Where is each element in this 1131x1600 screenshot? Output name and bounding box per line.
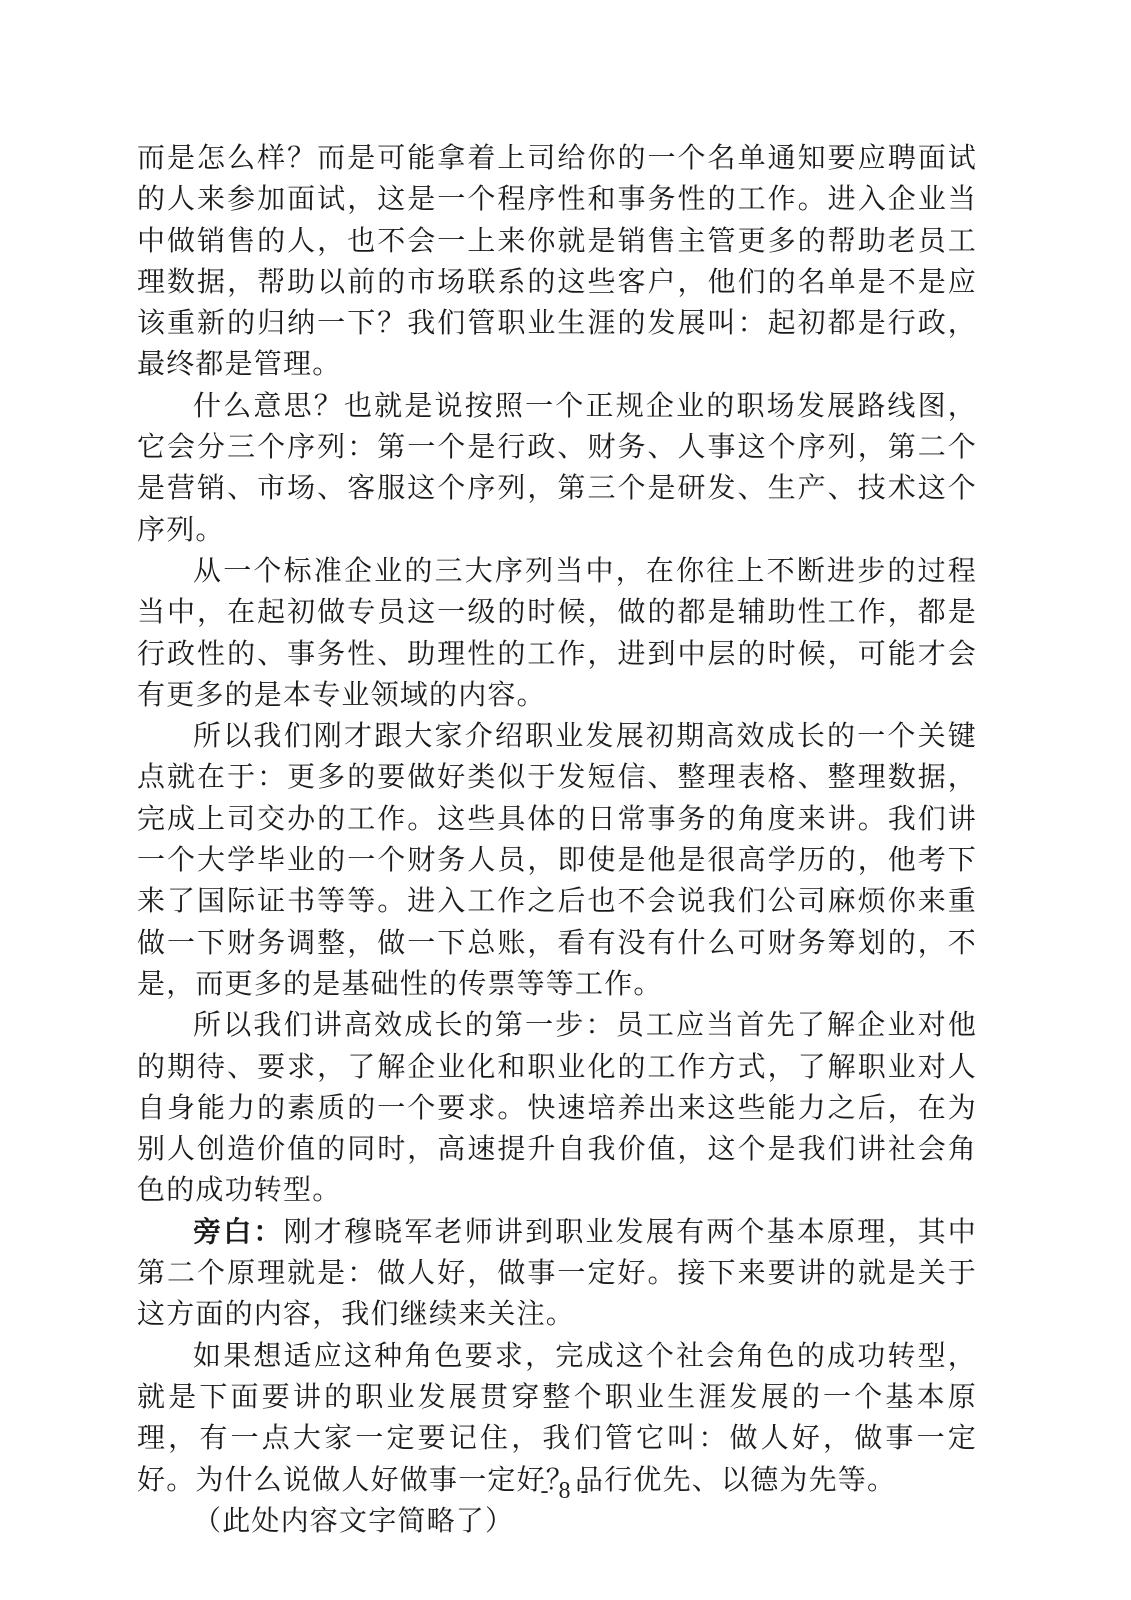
speaker-label: 旁白： [193, 1215, 284, 1248]
paragraph-7: 如果想适应这种角色要求，完成这个社会角色的成功转型，就是下面要讲的职业发展贯穿整… [137, 1335, 977, 1500]
paragraph-4: 所以我们刚才跟大家介绍职业发展初期高效成长的一个关键点就在于：更多的要做好类似于… [137, 715, 977, 1004]
paragraph-5: 所以我们讲高效成长的第一步：员工应当首先了解企业对他的期待、要求，了解企业化和职… [137, 1004, 977, 1210]
paragraph-2: 什么意思？也就是说按照一个正规企业的职场发展路线图，它会分三个序列：第一个是行政… [137, 385, 977, 550]
page-body: 而是怎么样？而是可能拿着上司给你的一个名单通知要应聘面试的人来参加面试，这是一个… [137, 137, 977, 1541]
paragraph-8-omitted-note: （此处内容文字简略了） [137, 1500, 977, 1541]
paragraph-6-narrator: 旁白：刚才穆晓军老师讲到职业发展有两个基本原理，其中第二个原理就是：做人好，做事… [137, 1211, 977, 1335]
paragraph-3: 从一个标准企业的三大序列当中，在你往上不断进步的过程当中，在起初做专员这一级的时… [137, 550, 977, 715]
paragraph-1: 而是怎么样？而是可能拿着上司给你的一个名单通知要应聘面试的人来参加面试，这是一个… [137, 137, 977, 385]
page-number: - 8 - [0, 1478, 1131, 1505]
